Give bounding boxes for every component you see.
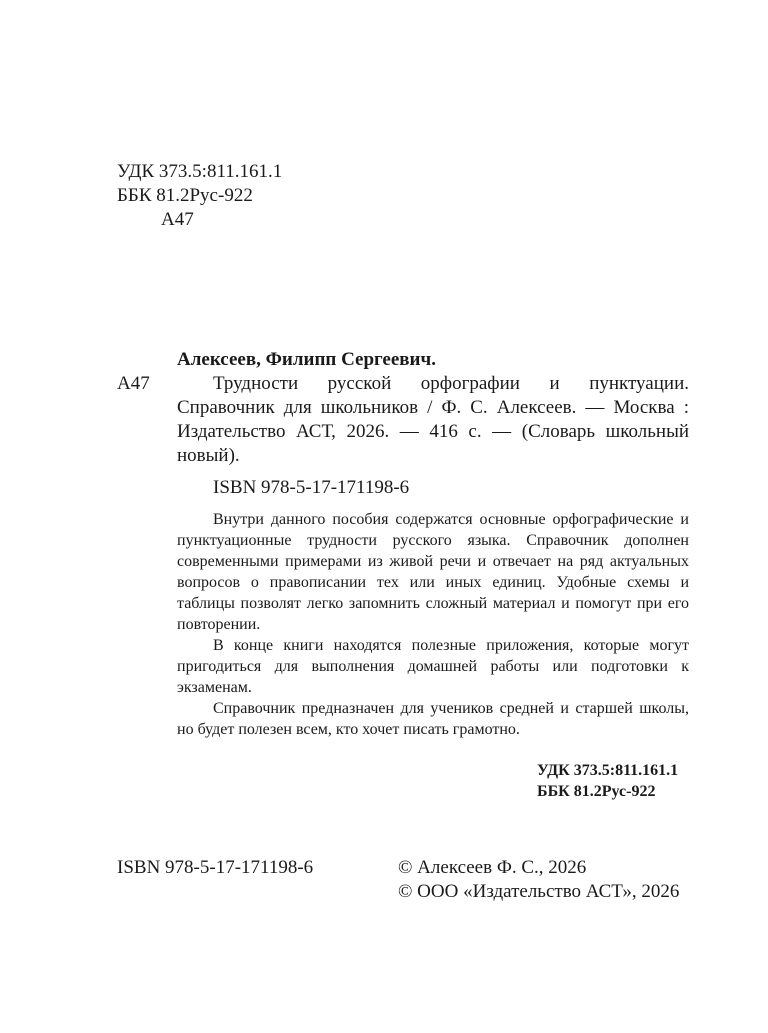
- bbk-code: ББК 81.2Рус-922: [117, 184, 282, 208]
- record-description: Трудности русской орфографии и пунктуаци…: [177, 372, 689, 468]
- copyright-block: © Алексеев Ф. С., 2026 © ООО «Издательст…: [398, 856, 679, 904]
- copyright-publisher: © ООО «Издательство АСТ», 2026: [398, 880, 679, 904]
- copyright-author: © Алексеев Ф. С., 2026: [398, 856, 679, 880]
- udk-code: УДК 373.5:811.161.1: [117, 160, 282, 184]
- record-author-mark: А47: [117, 372, 150, 396]
- bbk-code-bottom: ББК 81.2Рус-922: [537, 781, 678, 802]
- classification-block: УДК 373.5:811.161.1 ББК 81.2Рус-922: [537, 760, 678, 802]
- record-isbn: ISBN 978-5-17-171198-6: [213, 476, 409, 500]
- author-mark: А47: [117, 208, 282, 232]
- abstract: Внутри данного пособия содержатся основн…: [177, 509, 689, 740]
- abstract-paragraph: Внутри данного пособия содержатся основн…: [177, 509, 689, 635]
- footer-isbn: ISBN 978-5-17-171198-6: [117, 856, 313, 880]
- record-author: Алексеев, Филипп Сергеевич.: [177, 348, 436, 372]
- abstract-paragraph: Справочник предназначен для учеников сре…: [177, 698, 689, 740]
- header-classification: УДК 373.5:811.161.1 ББК 81.2Рус-922 А47: [117, 160, 282, 232]
- udk-code-bottom: УДК 373.5:811.161.1: [537, 760, 678, 781]
- abstract-paragraph: В конце книги находятся полезные приложе…: [177, 635, 689, 698]
